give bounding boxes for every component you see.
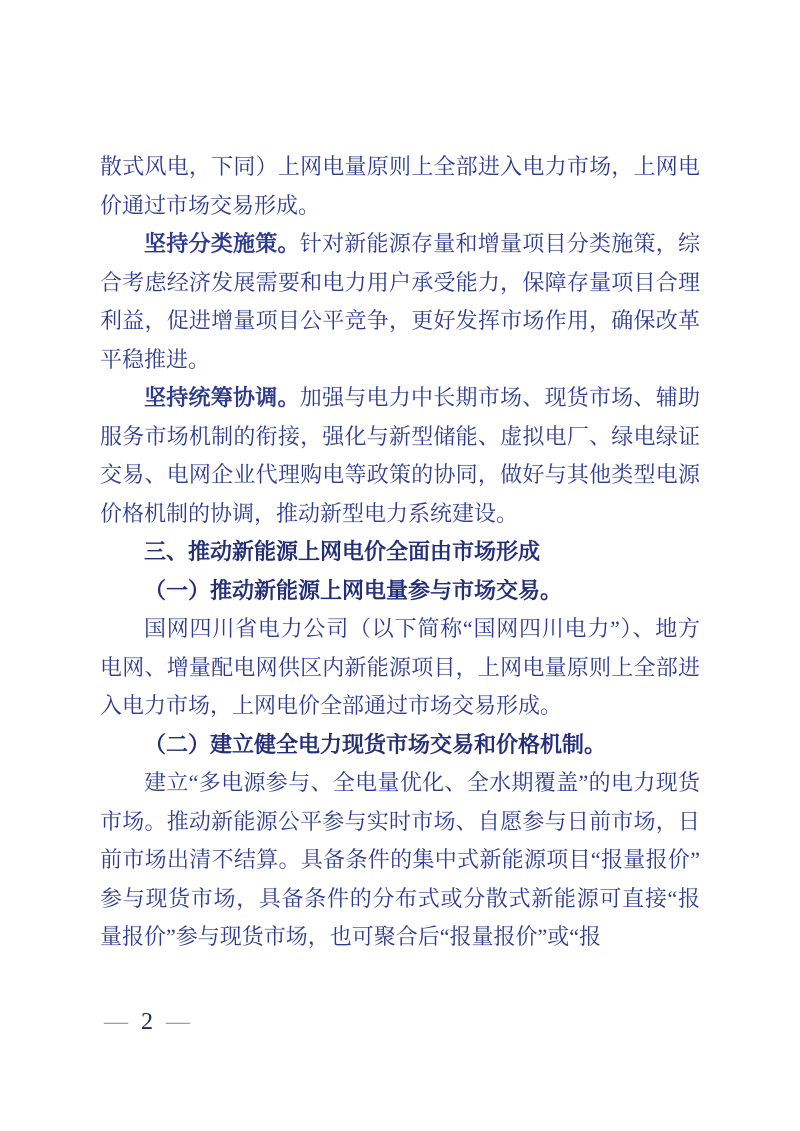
paragraph: 建立“多电源参与、全电量优化、全水期覆盖”的电力现货市场。推动新能源公平参与实时… (100, 764, 700, 957)
paragraph-text: 散式风电，下同）上网电量原则上全部进入电力市场，上网电价通过市场交易形成。 (100, 154, 700, 218)
subsection-heading: （一）推动新能源上网电量参与市场交易。 (100, 572, 700, 611)
footer-dash-left: — (104, 1009, 128, 1035)
footer-dash-right: — (166, 1009, 190, 1035)
heading-text: （一）推动新能源上网电量参与市场交易。 (144, 578, 562, 603)
paragraph: 坚持分类施策。针对新能源存量和增量项目分类施策，综合考虑经济发展需要和电力用户承… (100, 225, 700, 379)
document-page: 散式风电，下同）上网电量原则上全部进入电力市场，上网电价通过市场交易形成。坚持分… (0, 0, 800, 1131)
heading-text: 三、推动新能源上网电价全面由市场形成 (144, 539, 540, 564)
paragraph: 散式风电，下同）上网电量原则上全部进入电力市场，上网电价通过市场交易形成。 (100, 148, 700, 225)
document-body: 散式风电，下同）上网电量原则上全部进入电力市场，上网电价通过市场交易形成。坚持分… (100, 148, 700, 957)
section-heading: 三、推动新能源上网电价全面由市场形成 (100, 533, 700, 572)
heading-text: （二）建立健全电力现货市场交易和价格机制。 (144, 732, 606, 757)
paragraph: 坚持统筹协调。加强与电力中长期市场、现货市场、辅助服务市场机制的衔接，强化与新型… (100, 379, 700, 533)
subsection-heading: （二）建立健全电力现货市场交易和价格机制。 (100, 726, 700, 765)
paragraph-lead: 坚持统筹协调。 (144, 385, 300, 410)
page-number: 2 (141, 1009, 153, 1035)
paragraph-text: 国网四川省电力公司（以下简称“国网四川电力”）、地方电网、增量配电网供区内新能源… (100, 616, 700, 718)
paragraph-lead: 坚持分类施策。 (144, 231, 300, 256)
paragraph-text: 建立“多电源参与、全电量优化、全水期覆盖”的电力现货市场。推动新能源公平参与实时… (100, 770, 700, 949)
paragraph: 国网四川省电力公司（以下简称“国网四川电力”）、地方电网、增量配电网供区内新能源… (100, 610, 700, 726)
page-footer: — 2 — (104, 1004, 190, 1040)
